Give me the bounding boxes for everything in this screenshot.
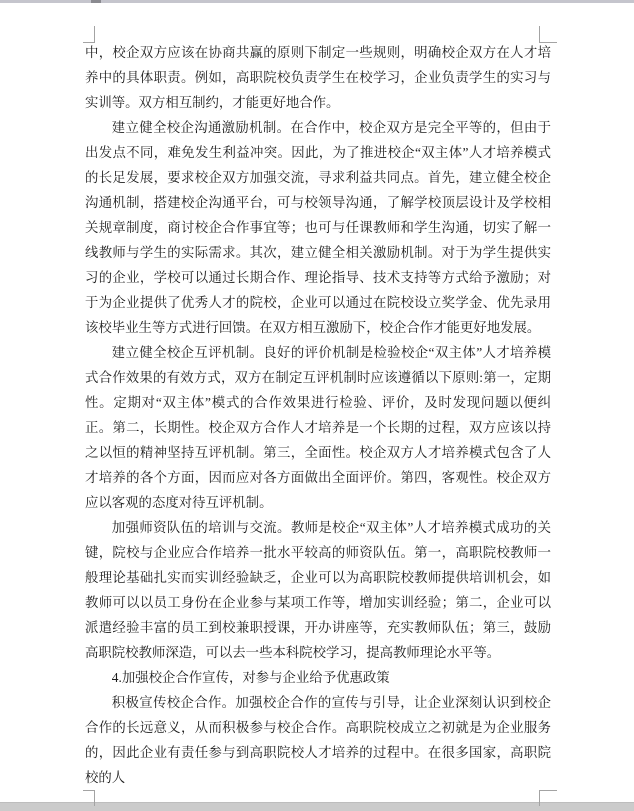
paragraph: 加强师资队伍的培训与交流。教师是校企“双主体”人才培养模式成功的关键，院校与企业… xyxy=(85,515,551,665)
paragraph: 建立健全校企互评机制。良好的评价机制是检验校企“双主体”人才培养模式合作效果的有… xyxy=(85,340,551,515)
paragraph: 建立健全校企沟通激励机制。在合作中，校企双方是完全平等的，但由于出发点不同，难免… xyxy=(85,115,551,340)
margin-mark-bottom-right xyxy=(539,790,557,806)
margin-mark-bottom-left xyxy=(83,790,95,806)
paragraph: 中，校企双方应该在协商共赢的原则下制定一些规则，明确校企双方在人才培养中的具体职… xyxy=(85,40,551,115)
document-page: { "page": { "background_color": "#ffffff… xyxy=(0,0,634,811)
document-body: 中，校企双方应该在协商共赢的原则下制定一些规则，明确校企双方在人才培养中的具体职… xyxy=(85,40,551,790)
paragraph: 积极宣传校企合作。加强校企合作的宣传与引导，让企业深刻认识到校企合作的长远意义，… xyxy=(85,690,551,790)
section-heading: 4.加强校企合作宣传，对参与企业给予优惠政策 xyxy=(85,665,551,690)
top-edge-segment xyxy=(91,0,101,3)
